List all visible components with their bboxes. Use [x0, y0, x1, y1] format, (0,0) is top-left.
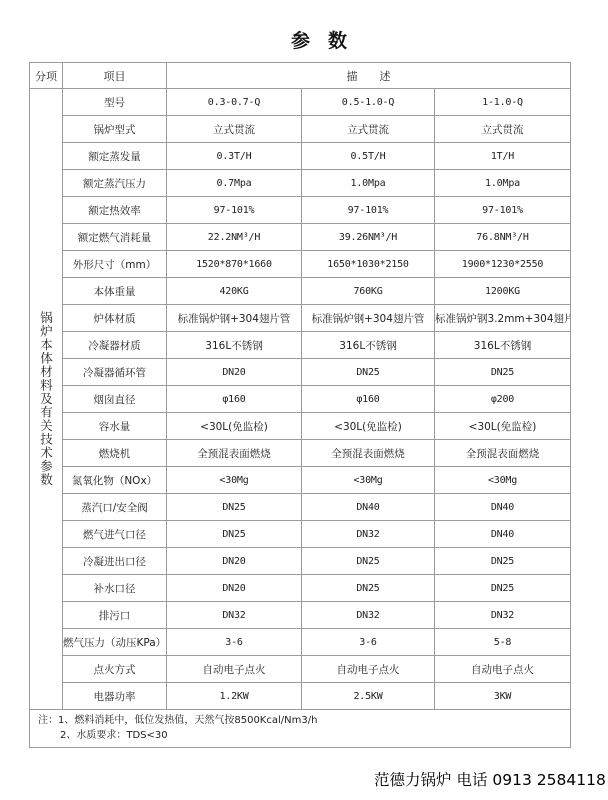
- value-cell-model-1: 标准锅炉钢+304翅片管: [167, 305, 302, 332]
- value-cell-model-1: 立式贯流: [167, 116, 302, 143]
- value-cell-model-3: 1-1.0-Q: [435, 89, 571, 116]
- value-cell-model-2: 0.5-1.0-Q: [302, 89, 435, 116]
- phone-label: 电话: [456, 771, 487, 789]
- item-label: 点火方式: [63, 656, 167, 683]
- value-cell-model-3: <30Mg: [435, 467, 571, 494]
- value-cell-model-3: DN40: [435, 494, 571, 521]
- item-label: 氮氧化物（NOx）: [63, 467, 167, 494]
- item-label: 额定燃气消耗量: [63, 224, 167, 251]
- table-row: 氮氧化物（NOx）<30Mg<30Mg<30Mg: [30, 467, 571, 494]
- value-cell-model-2: <30L(免监检): [302, 413, 435, 440]
- value-cell-model-2: DN25: [302, 575, 435, 602]
- value-cell-model-2: DN40: [302, 494, 435, 521]
- value-cell-model-1: 316L不锈钢: [167, 332, 302, 359]
- table-row: 电器功率1.2KW2.5KW3KW: [30, 683, 571, 710]
- table-row: 额定蒸汽压力0.7Mpa1.0Mpa1.0Mpa: [30, 170, 571, 197]
- table-row: 容水量<30L(免监检)<30L(免监检)<30L(免监检): [30, 413, 571, 440]
- item-label: 冷凝器循环管: [63, 359, 167, 386]
- item-label: 烟囱直径: [63, 386, 167, 413]
- value-cell-model-1: 0.7Mpa: [167, 170, 302, 197]
- table-row: 补水口径DN20DN25DN25: [30, 575, 571, 602]
- value-cell-model-1: φ160: [167, 386, 302, 413]
- item-label: 冷凝进出口径: [63, 548, 167, 575]
- table-row: 燃气压力（动压KPa）3-63-65-8: [30, 629, 571, 656]
- item-label: 补水口径: [63, 575, 167, 602]
- value-cell-model-2: 0.5T/H: [302, 143, 435, 170]
- value-cell-model-1: DN25: [167, 494, 302, 521]
- value-cell-model-1: 97-101%: [167, 197, 302, 224]
- table-row: 锅炉型式立式贯流立式贯流立式贯流: [30, 116, 571, 143]
- header-category: 分项: [30, 63, 63, 89]
- value-cell-model-3: DN25: [435, 359, 571, 386]
- note-line-1: 注：1、燃料消耗中，低位发热值，天然气按8500Kcal/Nm3/h: [38, 713, 570, 728]
- table-row: 燃气进气口径DN25DN32DN40: [30, 521, 571, 548]
- item-label: 额定蒸汽压力: [63, 170, 167, 197]
- value-cell-model-2: 1.0Mpa: [302, 170, 435, 197]
- value-cell-model-3: 立式贯流: [435, 116, 571, 143]
- item-label: 燃烧机: [63, 440, 167, 467]
- value-cell-model-2: 760KG: [302, 278, 435, 305]
- value-cell-model-1: DN20: [167, 548, 302, 575]
- item-label: 锅炉型式: [63, 116, 167, 143]
- value-cell-model-1: 22.2NM³/H: [167, 224, 302, 251]
- table-row: 锅炉本体材料及有关技术参数型号0.3-0.7-Q0.5-1.0-Q1-1.0-Q: [30, 89, 571, 116]
- value-cell-model-3: φ200: [435, 386, 571, 413]
- item-label: 外形尺寸（mm）: [63, 251, 167, 278]
- item-label: 电器功率: [63, 683, 167, 710]
- value-cell-model-2: 316L不锈钢: [302, 332, 435, 359]
- value-cell-model-3: 76.8NM³/H: [435, 224, 571, 251]
- value-cell-model-3: 97-101%: [435, 197, 571, 224]
- value-cell-model-3: DN32: [435, 602, 571, 629]
- value-cell-model-2: 立式贯流: [302, 116, 435, 143]
- header-description: 描 述: [167, 63, 571, 89]
- value-cell-model-2: DN25: [302, 359, 435, 386]
- value-cell-model-1: 自动电子点火: [167, 656, 302, 683]
- header-item: 项目: [63, 63, 167, 89]
- page-title: 参数: [0, 26, 608, 53]
- value-cell-model-3: DN25: [435, 548, 571, 575]
- value-cell-model-3: 全预混表面燃烧: [435, 440, 571, 467]
- category-label: 锅炉本体材料及有关技术参数: [39, 311, 54, 487]
- item-label: 燃气进气口径: [63, 521, 167, 548]
- value-cell-model-2: <30Mg: [302, 467, 435, 494]
- value-cell-model-2: 全预混表面燃烧: [302, 440, 435, 467]
- value-cell-model-1: 1520*870*1660: [167, 251, 302, 278]
- table-row: 本体重量420KG760KG1200KG: [30, 278, 571, 305]
- value-cell-model-3: DN40: [435, 521, 571, 548]
- value-cell-model-1: <30Mg: [167, 467, 302, 494]
- table-row: 外形尺寸（mm）1520*870*16601650*1030*21501900*…: [30, 251, 571, 278]
- item-label: 额定热效率: [63, 197, 167, 224]
- table-row: 蒸汽口/安全阀DN25DN40DN40: [30, 494, 571, 521]
- value-cell-model-2: 标准锅炉钢+304翅片管: [302, 305, 435, 332]
- item-label: 冷凝器材质: [63, 332, 167, 359]
- item-label: 炉体材质: [63, 305, 167, 332]
- footer-contact: 范德力锅炉 电话 0913 2584118: [374, 768, 606, 790]
- value-cell-model-1: DN25: [167, 521, 302, 548]
- table-row: 炉体材质标准锅炉钢+304翅片管标准锅炉钢+304翅片管标准锅炉钢3.2mm+3…: [30, 305, 571, 332]
- phone-number: 0913 2584118: [492, 771, 605, 789]
- value-cell-model-1: 420KG: [167, 278, 302, 305]
- table-row: 冷凝器循环管DN20DN25DN25: [30, 359, 571, 386]
- item-label: 燃气压力（动压KPa）: [63, 629, 167, 656]
- table-row: 额定蒸发量0.3T/H0.5T/H1T/H: [30, 143, 571, 170]
- value-cell-model-2: DN32: [302, 602, 435, 629]
- company-name: 范德力锅炉: [374, 771, 452, 789]
- item-label: 本体重量: [63, 278, 167, 305]
- table-row: 额定燃气消耗量22.2NM³/H39.26NM³/H76.8NM³/H: [30, 224, 571, 251]
- value-cell-model-3: 自动电子点火: [435, 656, 571, 683]
- value-cell-model-1: DN20: [167, 575, 302, 602]
- value-cell-model-2: 自动电子点火: [302, 656, 435, 683]
- notes-cell: 注：1、燃料消耗中，低位发热值，天然气按8500Kcal/Nm3/h2、水质要求…: [30, 710, 571, 748]
- table-row: 额定热效率97-101%97-101%97-101%: [30, 197, 571, 224]
- value-cell-model-1: 全预混表面燃烧: [167, 440, 302, 467]
- value-cell-model-3: 1.0Mpa: [435, 170, 571, 197]
- value-cell-model-1: 3-6: [167, 629, 302, 656]
- value-cell-model-3: DN25: [435, 575, 571, 602]
- item-label: 排污口: [63, 602, 167, 629]
- value-cell-model-3: <30L(免监检): [435, 413, 571, 440]
- value-cell-model-2: 3-6: [302, 629, 435, 656]
- item-label: 额定蒸发量: [63, 143, 167, 170]
- value-cell-model-2: 2.5KW: [302, 683, 435, 710]
- value-cell-model-1: DN32: [167, 602, 302, 629]
- value-cell-model-2: φ160: [302, 386, 435, 413]
- note-line-2: 2、水质要求：TDS<30: [38, 728, 570, 743]
- item-label: 容水量: [63, 413, 167, 440]
- table-row: 冷凝器材质316L不锈钢316L不锈钢316L不锈钢: [30, 332, 571, 359]
- value-cell-model-3: 1900*1230*2550: [435, 251, 571, 278]
- value-cell-model-1: 0.3-0.7-Q: [167, 89, 302, 116]
- category-cell: 锅炉本体材料及有关技术参数: [30, 89, 63, 710]
- spec-table: 分项 项目 描 述 锅炉本体材料及有关技术参数型号0.3-0.7-Q0.5-1.…: [29, 62, 571, 748]
- item-label: 型号: [63, 89, 167, 116]
- item-label: 蒸汽口/安全阀: [63, 494, 167, 521]
- value-cell-model-1: <30L(免监检): [167, 413, 302, 440]
- value-cell-model-3: 316L不锈钢: [435, 332, 571, 359]
- value-cell-model-1: 1.2KW: [167, 683, 302, 710]
- table-row: 烟囱直径φ160φ160φ200: [30, 386, 571, 413]
- table-row: 冷凝进出口径DN20DN25DN25: [30, 548, 571, 575]
- value-cell-model-3: 1200KG: [435, 278, 571, 305]
- value-cell-model-3: 5-8: [435, 629, 571, 656]
- value-cell-model-3: 标准锅炉钢3.2mm+304翅片管: [435, 305, 571, 332]
- value-cell-model-1: DN20: [167, 359, 302, 386]
- table-row: 点火方式自动电子点火自动电子点火自动电子点火: [30, 656, 571, 683]
- value-cell-model-3: 1T/H: [435, 143, 571, 170]
- value-cell-model-2: 97-101%: [302, 197, 435, 224]
- value-cell-model-3: 3KW: [435, 683, 571, 710]
- table-row: 燃烧机全预混表面燃烧全预混表面燃烧全预混表面燃烧: [30, 440, 571, 467]
- table-header-row: 分项 项目 描 述: [30, 63, 571, 89]
- table-row: 排污口DN32DN32DN32: [30, 602, 571, 629]
- value-cell-model-1: 0.3T/H: [167, 143, 302, 170]
- value-cell-model-2: DN25: [302, 548, 435, 575]
- notes-row: 注：1、燃料消耗中，低位发热值，天然气按8500Kcal/Nm3/h2、水质要求…: [30, 710, 571, 748]
- value-cell-model-2: 39.26NM³/H: [302, 224, 435, 251]
- value-cell-model-2: 1650*1030*2150: [302, 251, 435, 278]
- value-cell-model-2: DN32: [302, 521, 435, 548]
